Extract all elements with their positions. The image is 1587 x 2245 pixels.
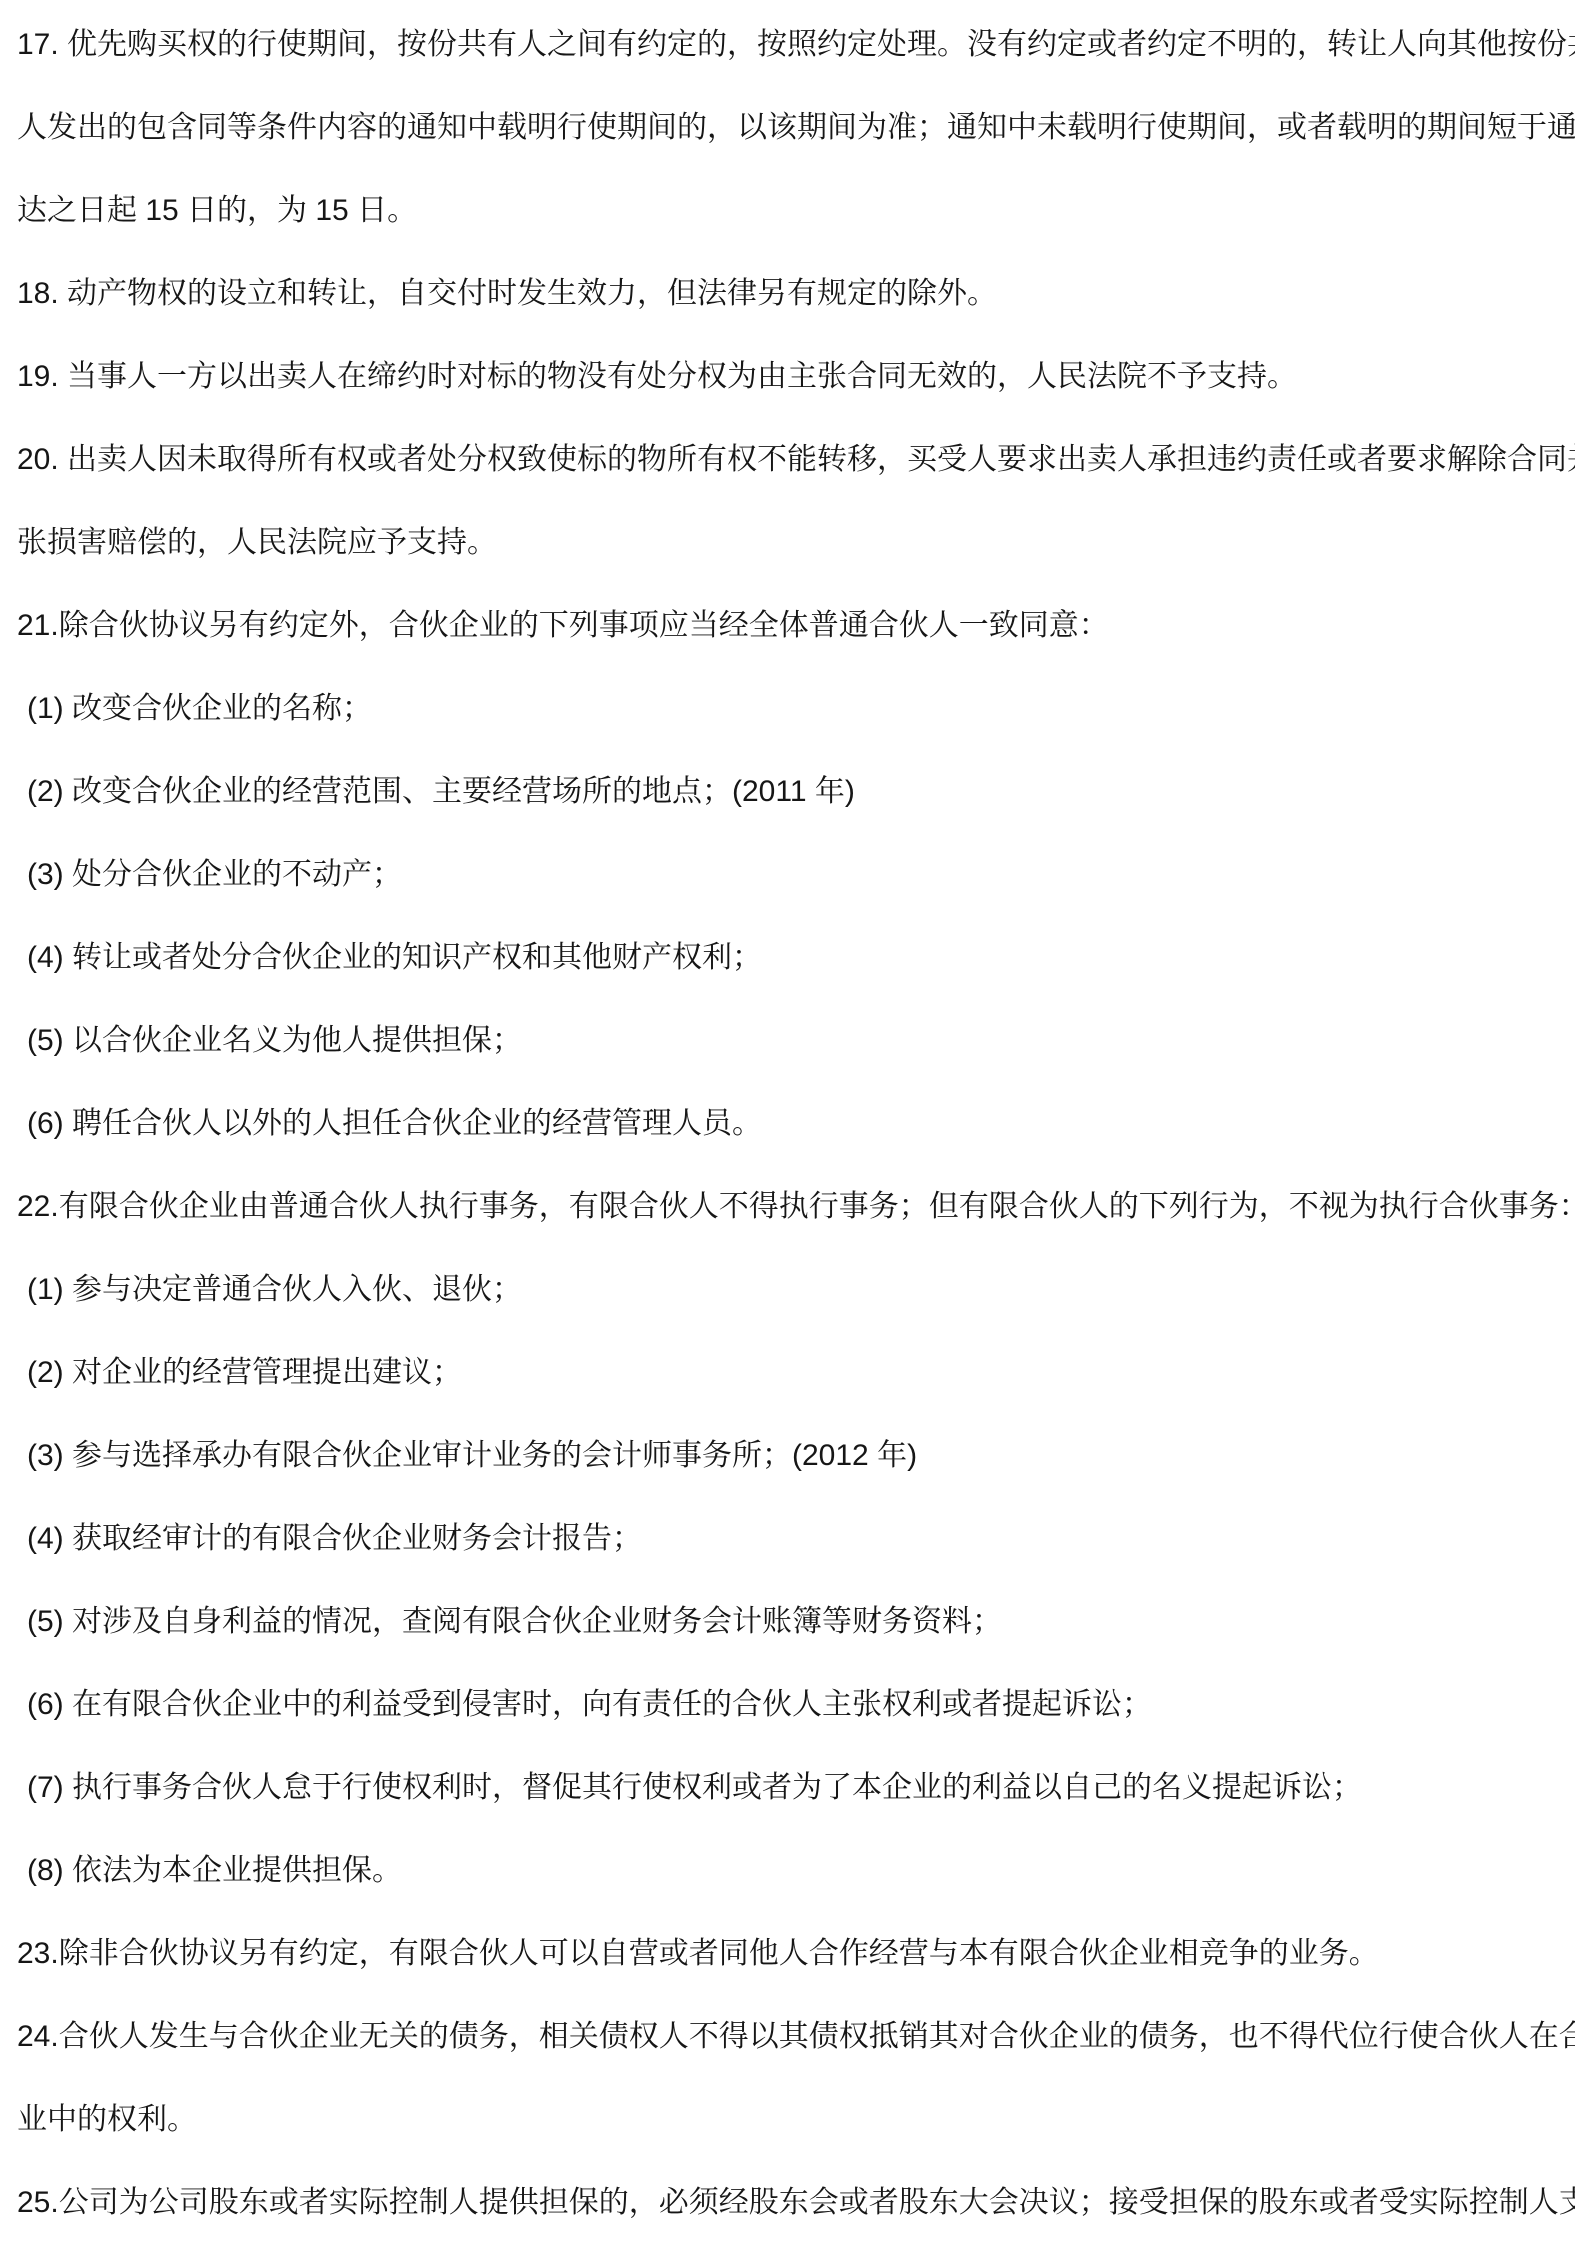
item-18: 18. 动产物权的设立和转让，自交付时发生效力，但法律另有规定的除外。	[17, 252, 1575, 335]
item-21: 21.除合伙协议另有约定外，合伙企业的下列事项应当经全体普通合伙人一致同意：	[17, 584, 1575, 667]
item-19: 19. 当事人一方以出卖人在缔约时对标的物没有处分权为由主张合同无效的，人民法院…	[17, 335, 1575, 418]
item-22: 22.有限合伙企业由普通合伙人执行事务，有限合伙人不得执行事务；但有限合伙人的下…	[17, 1165, 1575, 1248]
item-22-sub-3: (3) 参与选择承办有限合伙企业审计业务的会计师事务所；(2012 年)	[17, 1414, 1575, 1497]
item-21-sub-1: (1) 改变合伙企业的名称；	[17, 667, 1575, 750]
item-21-sub-4: (4) 转让或者处分合伙企业的知识产权和其他财产权利；	[17, 916, 1575, 999]
document-page: 17. 优先购买权的行使期间，按份共有人之间有约定的，按照约定处理。没有约定或者…	[0, 0, 1587, 2245]
item-22-sub-8: (8) 依法为本企业提供担保。	[17, 1829, 1575, 1912]
item-22-sub-4: (4) 获取经审计的有限合伙企业财务会计报告；	[17, 1497, 1575, 1580]
item-17-line-2: 人发出的包含同等条件内容的通知中载明行使期间的，以该期间为准；通知中未载明行使期…	[17, 86, 1575, 169]
item-21-sub-6: (6) 聘任合伙人以外的人担任合伙企业的经营管理人员。	[17, 1082, 1575, 1165]
item-22-sub-1: (1) 参与决定普通合伙人入伙、退伙；	[17, 1248, 1575, 1331]
item-22-sub-5: (5) 对涉及自身利益的情况，查阅有限合伙企业财务会计账簿等财务资料；	[17, 1580, 1575, 1663]
item-21-sub-2: (2) 改变合伙企业的经营范围、主要经营场所的地点；(2011 年)	[17, 750, 1575, 833]
item-25: 25.公司为公司股东或者实际控制人提供担保的，必须经股东会或者股东大会决议；接受…	[17, 2161, 1575, 2244]
item-17-line-3: 达之日起 15 日的，为 15 日。	[17, 169, 1575, 252]
item-17-line-1: 17. 优先购买权的行使期间，按份共有人之间有约定的，按照约定处理。没有约定或者…	[17, 3, 1575, 86]
item-23: 23.除非合伙协议另有约定，有限合伙人可以自营或者同他人合作经营与本有限合伙企业…	[17, 1912, 1575, 1995]
item-22-sub-6: (6) 在有限合伙企业中的利益受到侵害时，向有责任的合伙人主张权利或者提起诉讼；	[17, 1663, 1575, 1746]
item-20-line-2: 张损害赔偿的，人民法院应予支持。	[17, 501, 1575, 584]
item-20-line-1: 20. 出卖人因未取得所有权或者处分权致使标的物所有权不能转移，买受人要求出卖人…	[17, 418, 1575, 501]
item-24-line-2: 业中的权利。	[17, 2078, 1575, 2161]
item-24-line-1: 24.合伙人发生与合伙企业无关的债务，相关债权人不得以其债权抵销其对合伙企业的债…	[17, 1995, 1575, 2078]
item-21-sub-3: (3) 处分合伙企业的不动产；	[17, 833, 1575, 916]
item-22-sub-7: (7) 执行事务合伙人怠于行使权利时，督促其行使权利或者为了本企业的利益以自己的…	[17, 1746, 1575, 1829]
item-22-sub-2: (2) 对企业的经营管理提出建议；	[17, 1331, 1575, 1414]
item-21-sub-5: (5) 以合伙企业名义为他人提供担保；	[17, 999, 1575, 1082]
